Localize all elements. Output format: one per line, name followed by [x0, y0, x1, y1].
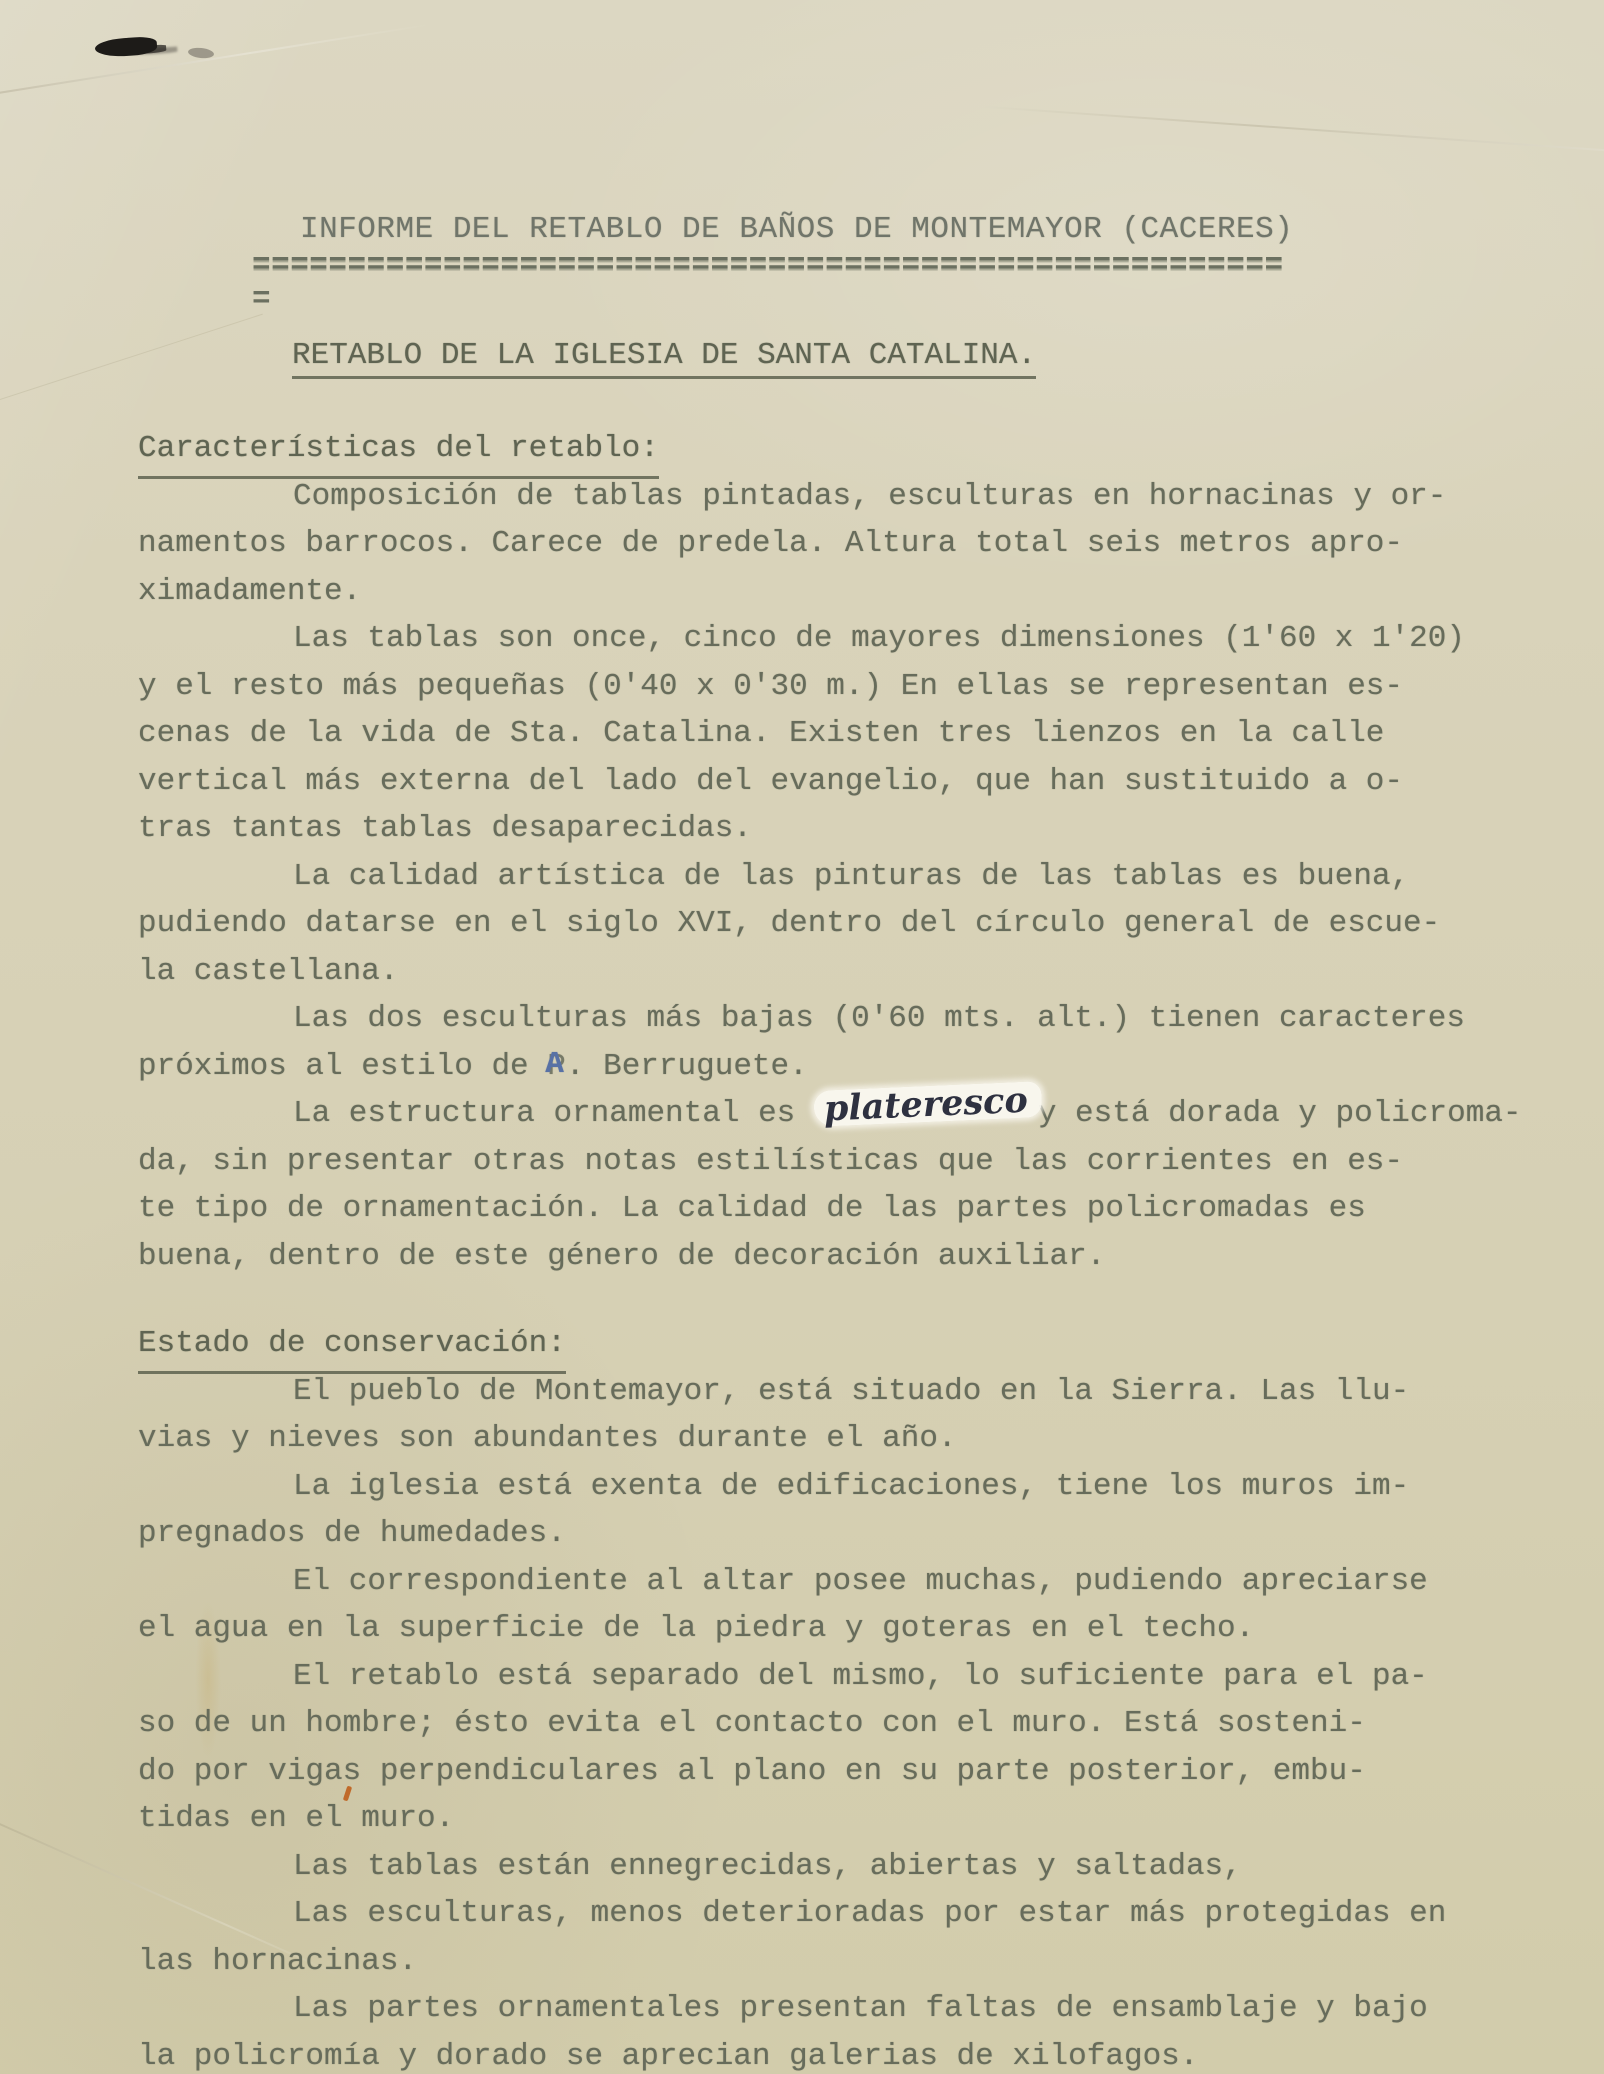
text-line: do por vigas perpendiculares al plano en…: [138, 1748, 1598, 1796]
text-line: Composición de tablas pintadas, escultur…: [138, 473, 1598, 521]
section-body: El pueblo de Montemayor, está situado en…: [138, 1368, 1598, 2074]
text-line: tras tantas tablas desaparecidas.: [138, 805, 1598, 853]
section-heading: Estado de conservación:: [138, 1320, 566, 1374]
section-estado-conservacion: Estado de conservación: El pueblo de Mon…: [138, 1320, 1598, 2074]
text-line: pregnados de humedades.: [138, 1510, 1598, 1558]
ink-smudge: [94, 36, 157, 58]
text-line: La calidad artística de las pinturas de …: [138, 853, 1598, 901]
section-heading: Características del retablo:: [138, 425, 659, 479]
text-line: pudiendo datarse en el siglo XVI, dentro…: [138, 900, 1598, 948]
text-line: vias y nieves son abundantes durante el …: [138, 1415, 1598, 1463]
title-block: INFORME DEL RETABLO DE BAÑOS DE MONTEMAY…: [300, 212, 1293, 247]
text-line: el agua en la superficie de la piedra y …: [138, 1605, 1598, 1653]
paper-crease: [0, 22, 437, 99]
text-line: próximos al estilo de PA. Berruguete.: [138, 1043, 1598, 1091]
paper-crease: [981, 106, 1604, 157]
text-line: buena, dentro de este género de decoraci…: [138, 1233, 1598, 1281]
section-body: Composición de tablas pintadas, escultur…: [138, 473, 1598, 1281]
section-heading-line: Estado de conservación:: [138, 1320, 1598, 1368]
text-line: El retablo está separado del mismo, lo s…: [138, 1653, 1598, 1701]
text-line: so de un hombre; ésto evita el contacto …: [138, 1700, 1598, 1748]
text-line: tidas en el muro.: [138, 1795, 1598, 1843]
text-line: las hornacinas.: [138, 1938, 1598, 1986]
text-line: namentos barrocos. Carece de predela. Al…: [138, 520, 1598, 568]
text-line: cenas de la vida de Sta. Catalina. Exist…: [138, 710, 1598, 758]
text-line: vertical más externa del lado del evange…: [138, 758, 1598, 806]
section-heading-line: Características del retablo:: [138, 425, 1598, 473]
ink-smudge-faint: [188, 47, 215, 60]
section-caracteristicas: Características del retablo: Composición…: [138, 425, 1598, 1280]
overtype-correction: A: [545, 1041, 564, 1089]
text-line: Las tablas están ennegrecidas, abiertas …: [138, 1843, 1598, 1891]
handwritten-correction: plateresco: [813, 1081, 1042, 1127]
document-subtitle: RETABLO DE LA IGLESIA DE SANTA CATALINA.: [292, 338, 1036, 379]
text-line: y el resto más pequeñas (0'40 x 0'30 m.)…: [138, 663, 1598, 711]
text-line: La estructura ornamental es platerescoy …: [138, 1090, 1598, 1138]
text-line: te tipo de ornamentación. La calidad de …: [138, 1185, 1598, 1233]
text-line: la policromía y dorado se aprecian galer…: [138, 2033, 1598, 2074]
title-underline-stray: =: [252, 282, 271, 317]
document-page: INFORME DEL RETABLO DE BAÑOS DE MONTEMAY…: [0, 0, 1604, 2074]
paper-crease: [0, 314, 263, 408]
text-line: Las dos esculturas más bajas (0'60 mts. …: [138, 995, 1598, 1043]
text-line: El correspondiente al altar posee muchas…: [138, 1558, 1598, 1606]
title-underline-rule: ========================================…: [252, 248, 1284, 283]
overtyped-letter: PA: [547, 1043, 566, 1091]
text-line: El pueblo de Montemayor, está situado en…: [138, 1368, 1598, 1416]
text-line: Las tablas son once, cinco de mayores di…: [138, 615, 1598, 663]
text-line: Las partes ornamentales presentan faltas…: [138, 1985, 1598, 2033]
text-line: la castellana.: [138, 948, 1598, 996]
subtitle-block: RETABLO DE LA IGLESIA DE SANTA CATALINA.: [292, 338, 1036, 379]
text-line: La iglesia está exenta de edificaciones,…: [138, 1463, 1598, 1511]
text-line: da, sin presentar otras notas estilístic…: [138, 1138, 1598, 1186]
text-line: Las esculturas, menos deterioradas por e…: [138, 1890, 1598, 1938]
text-line: ximadamente.: [138, 568, 1598, 616]
document-title: INFORME DEL RETABLO DE BAÑOS DE MONTEMAY…: [300, 212, 1293, 247]
